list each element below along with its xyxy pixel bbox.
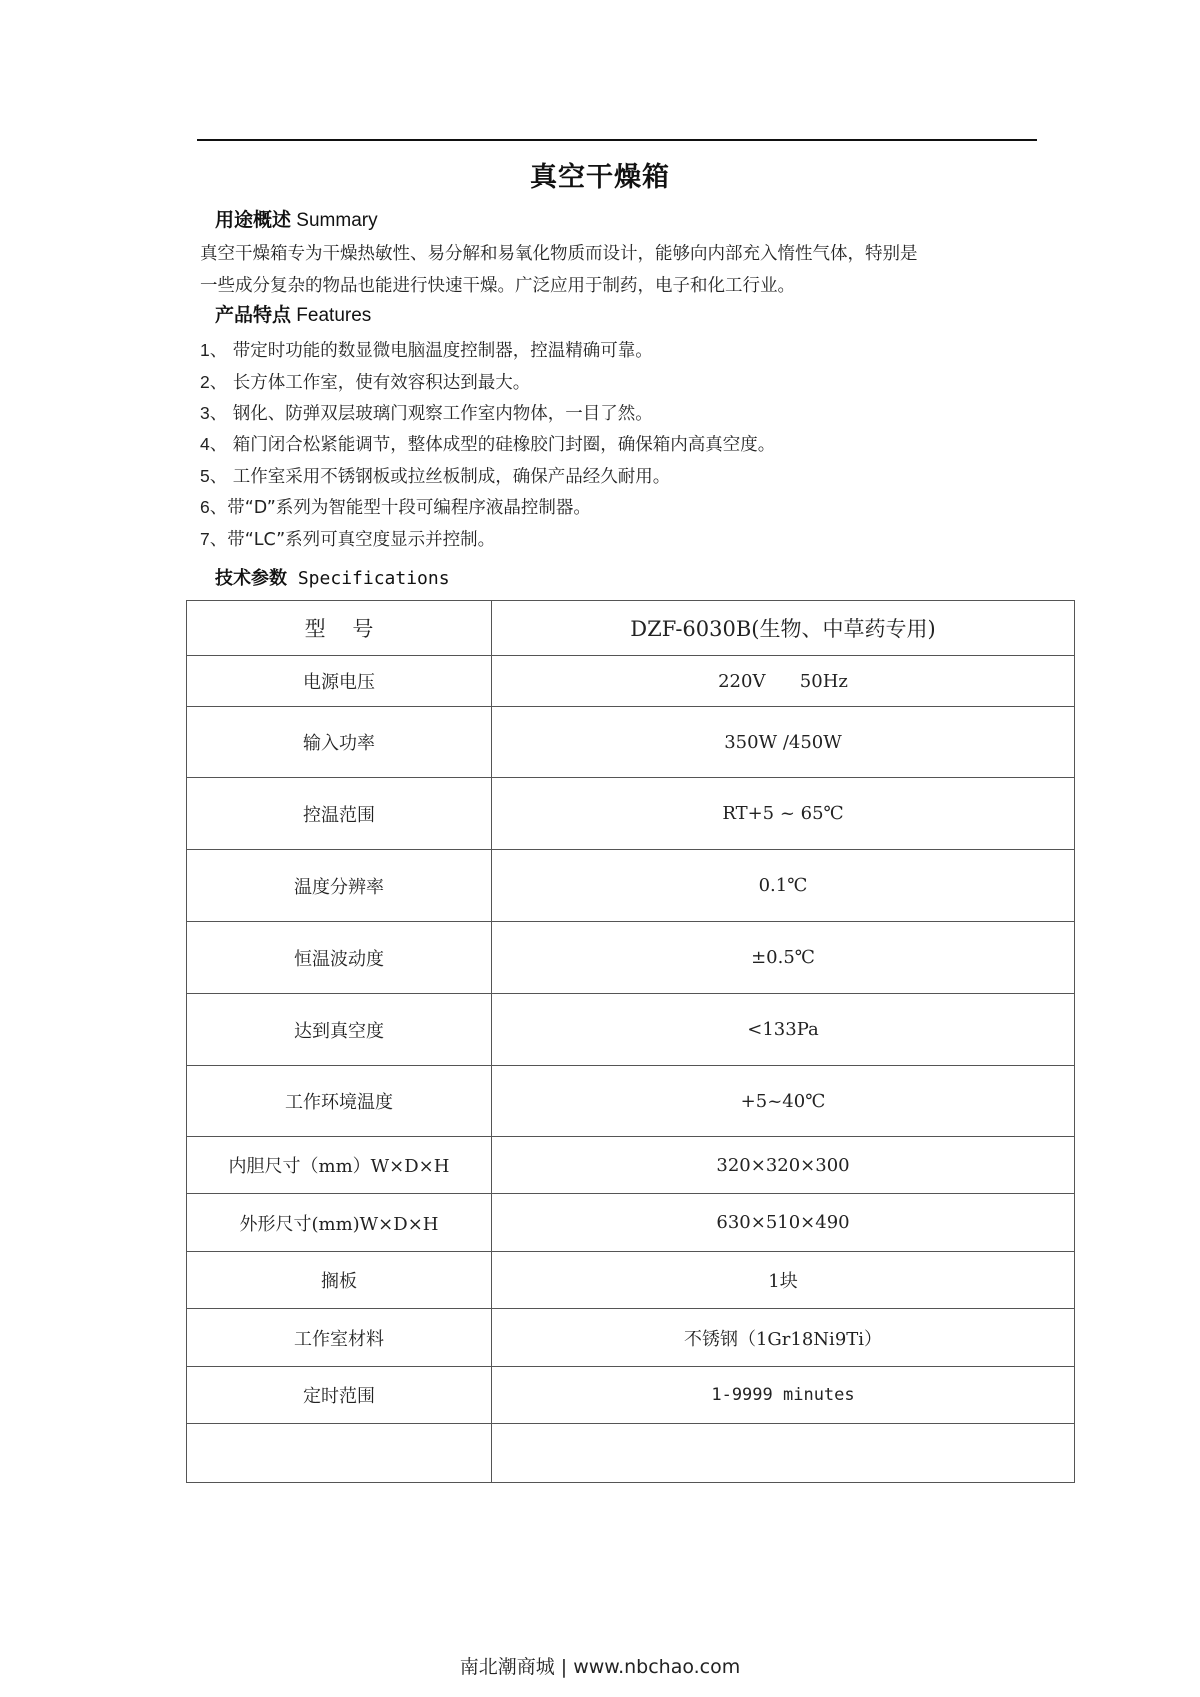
table-row: 达到真空度 <133Pa: [187, 994, 1075, 1066]
specifications-table: 型 号 DZF-6030B(生物、中草药专用) 电源电压 220V 50Hz 输…: [186, 600, 1075, 1483]
feature-number: 1、: [200, 340, 227, 360]
spec-value: 不锈钢（1Gr18Ni9Ti）: [492, 1309, 1075, 1367]
spec-value: +5~40℃: [492, 1066, 1075, 1137]
feature-number: 7、: [200, 529, 227, 549]
feature-text: 带“LC”系列可真空度显示并控制。: [227, 530, 495, 550]
summary-heading-en: Summary: [296, 210, 377, 231]
feature-number: 6、: [200, 497, 227, 517]
spec-key: 外形尺寸(mm)W×D×H: [187, 1194, 492, 1252]
feature-item: 4、 箱门闭合松紧能调节，整体成型的硅橡胶门封圈，确保箱内高真空度。: [200, 431, 775, 456]
summary-line-2: 一些成分复杂的物品也能进行快速干燥。广泛应用于制药，电子和化工行业。: [200, 272, 1050, 297]
feature-text: 工作室采用不锈钢板或拉丝板制成，确保产品经久耐用。: [227, 467, 670, 487]
spec-key: 输入功率: [187, 707, 492, 778]
footer-watermark: 南北潮商城 | www.nbchao.com: [0, 1652, 1200, 1679]
feature-number: 2、: [200, 372, 227, 392]
spec-value: 320×320×300: [492, 1137, 1075, 1194]
table-header-row: 型 号 DZF-6030B(生物、中草药专用): [187, 601, 1075, 656]
feature-text: 箱门闭合松紧能调节，整体成型的硅橡胶门封圈，确保箱内高真空度。: [227, 435, 775, 455]
spec-key: 内胆尺寸（mm）W×D×H: [187, 1137, 492, 1194]
feature-number: 4、: [200, 434, 227, 454]
spec-key: 工作环境温度: [187, 1066, 492, 1137]
spec-value: 630×510×490: [492, 1194, 1075, 1252]
table-row: 内胆尺寸（mm）W×D×H 320×320×300: [187, 1137, 1075, 1194]
feature-number: 5、: [200, 466, 227, 486]
feature-item: 2、 长方体工作室，使有效容积达到最大。: [200, 369, 530, 394]
feature-text: 带定时功能的数显微电脑温度控制器，控温精确可靠。: [227, 341, 653, 361]
spec-value: RT+5 ~ 65℃: [492, 778, 1075, 850]
feature-item: 6、带“D”系列为智能型十段可编程序液晶控制器。: [200, 494, 591, 519]
model-value: DZF-6030B(生物、中草药专用): [492, 601, 1075, 656]
spec-key: 搁板: [187, 1252, 492, 1309]
summary-heading: 用途概述 Summary: [215, 205, 378, 232]
top-divider: [197, 139, 1037, 141]
table-row-empty: [187, 1424, 1075, 1483]
feature-text: 带“D”系列为智能型十段可编程序液晶控制器。: [227, 498, 591, 518]
specifications-heading: 技术参数 Specifications: [215, 564, 450, 590]
spec-value: 1-9999 minutes: [492, 1367, 1075, 1424]
spec-value: ±0.5℃: [492, 922, 1075, 994]
feature-text: 长方体工作室，使有效容积达到最大。: [227, 373, 530, 393]
specifications-heading-zh: 技术参数: [215, 568, 287, 589]
table-row: 恒温波动度 ±0.5℃: [187, 922, 1075, 994]
summary-line-1: 真空干燥箱专为干燥热敏性、易分解和易氧化物质而设计，能够向内部充入惰性气体，特别…: [200, 240, 1050, 265]
spec-value: 1块: [492, 1252, 1075, 1309]
feature-item: 1、 带定时功能的数显微电脑温度控制器，控温精确可靠。: [200, 337, 653, 362]
feature-item: 7、带“LC”系列可真空度显示并控制。: [200, 526, 495, 551]
spec-value: 350W /450W: [492, 707, 1075, 778]
table-row: 控温范围 RT+5 ~ 65℃: [187, 778, 1075, 850]
spec-key: 温度分辨率: [187, 850, 492, 922]
table-row: 电源电压 220V 50Hz: [187, 656, 1075, 707]
spec-value: 220V 50Hz: [492, 656, 1075, 707]
spec-key: 恒温波动度: [187, 922, 492, 994]
spec-key: [187, 1424, 492, 1483]
feature-item: 5、 工作室采用不锈钢板或拉丝板制成，确保产品经久耐用。: [200, 463, 670, 488]
features-heading-en: Features: [296, 305, 371, 326]
spec-key: 达到真空度: [187, 994, 492, 1066]
table-row: 搁板 1块: [187, 1252, 1075, 1309]
spec-key: 工作室材料: [187, 1309, 492, 1367]
page-title: 真空干燥箱: [0, 155, 1200, 194]
table-row: 定时范围 1-9999 minutes: [187, 1367, 1075, 1424]
spec-value: [492, 1424, 1075, 1483]
spec-key: 控温范围: [187, 778, 492, 850]
spec-key: 定时范围: [187, 1367, 492, 1424]
model-label: 型 号: [187, 601, 492, 656]
features-heading: 产品特点 Features: [215, 300, 371, 327]
features-heading-zh: 产品特点: [215, 305, 291, 326]
table-row: 温度分辨率 0.1℃: [187, 850, 1075, 922]
table-row: 工作室材料 不锈钢（1Gr18Ni9Ti）: [187, 1309, 1075, 1367]
specifications-heading-en: Specifications: [298, 568, 450, 589]
table-row: 外形尺寸(mm)W×D×H 630×510×490: [187, 1194, 1075, 1252]
spec-key: 电源电压: [187, 656, 492, 707]
summary-heading-zh: 用途概述: [215, 210, 291, 231]
spec-value: 0.1℃: [492, 850, 1075, 922]
spec-value: <133Pa: [492, 994, 1075, 1066]
table-row: 输入功率 350W /450W: [187, 707, 1075, 778]
feature-number: 3、: [200, 403, 227, 423]
feature-text: 钢化、防弹双层玻璃门观察工作室内物体，一目了然。: [227, 404, 653, 424]
feature-item: 3、 钢化、防弹双层玻璃门观察工作室内物体，一目了然。: [200, 400, 653, 425]
table-row: 工作环境温度 +5~40℃: [187, 1066, 1075, 1137]
